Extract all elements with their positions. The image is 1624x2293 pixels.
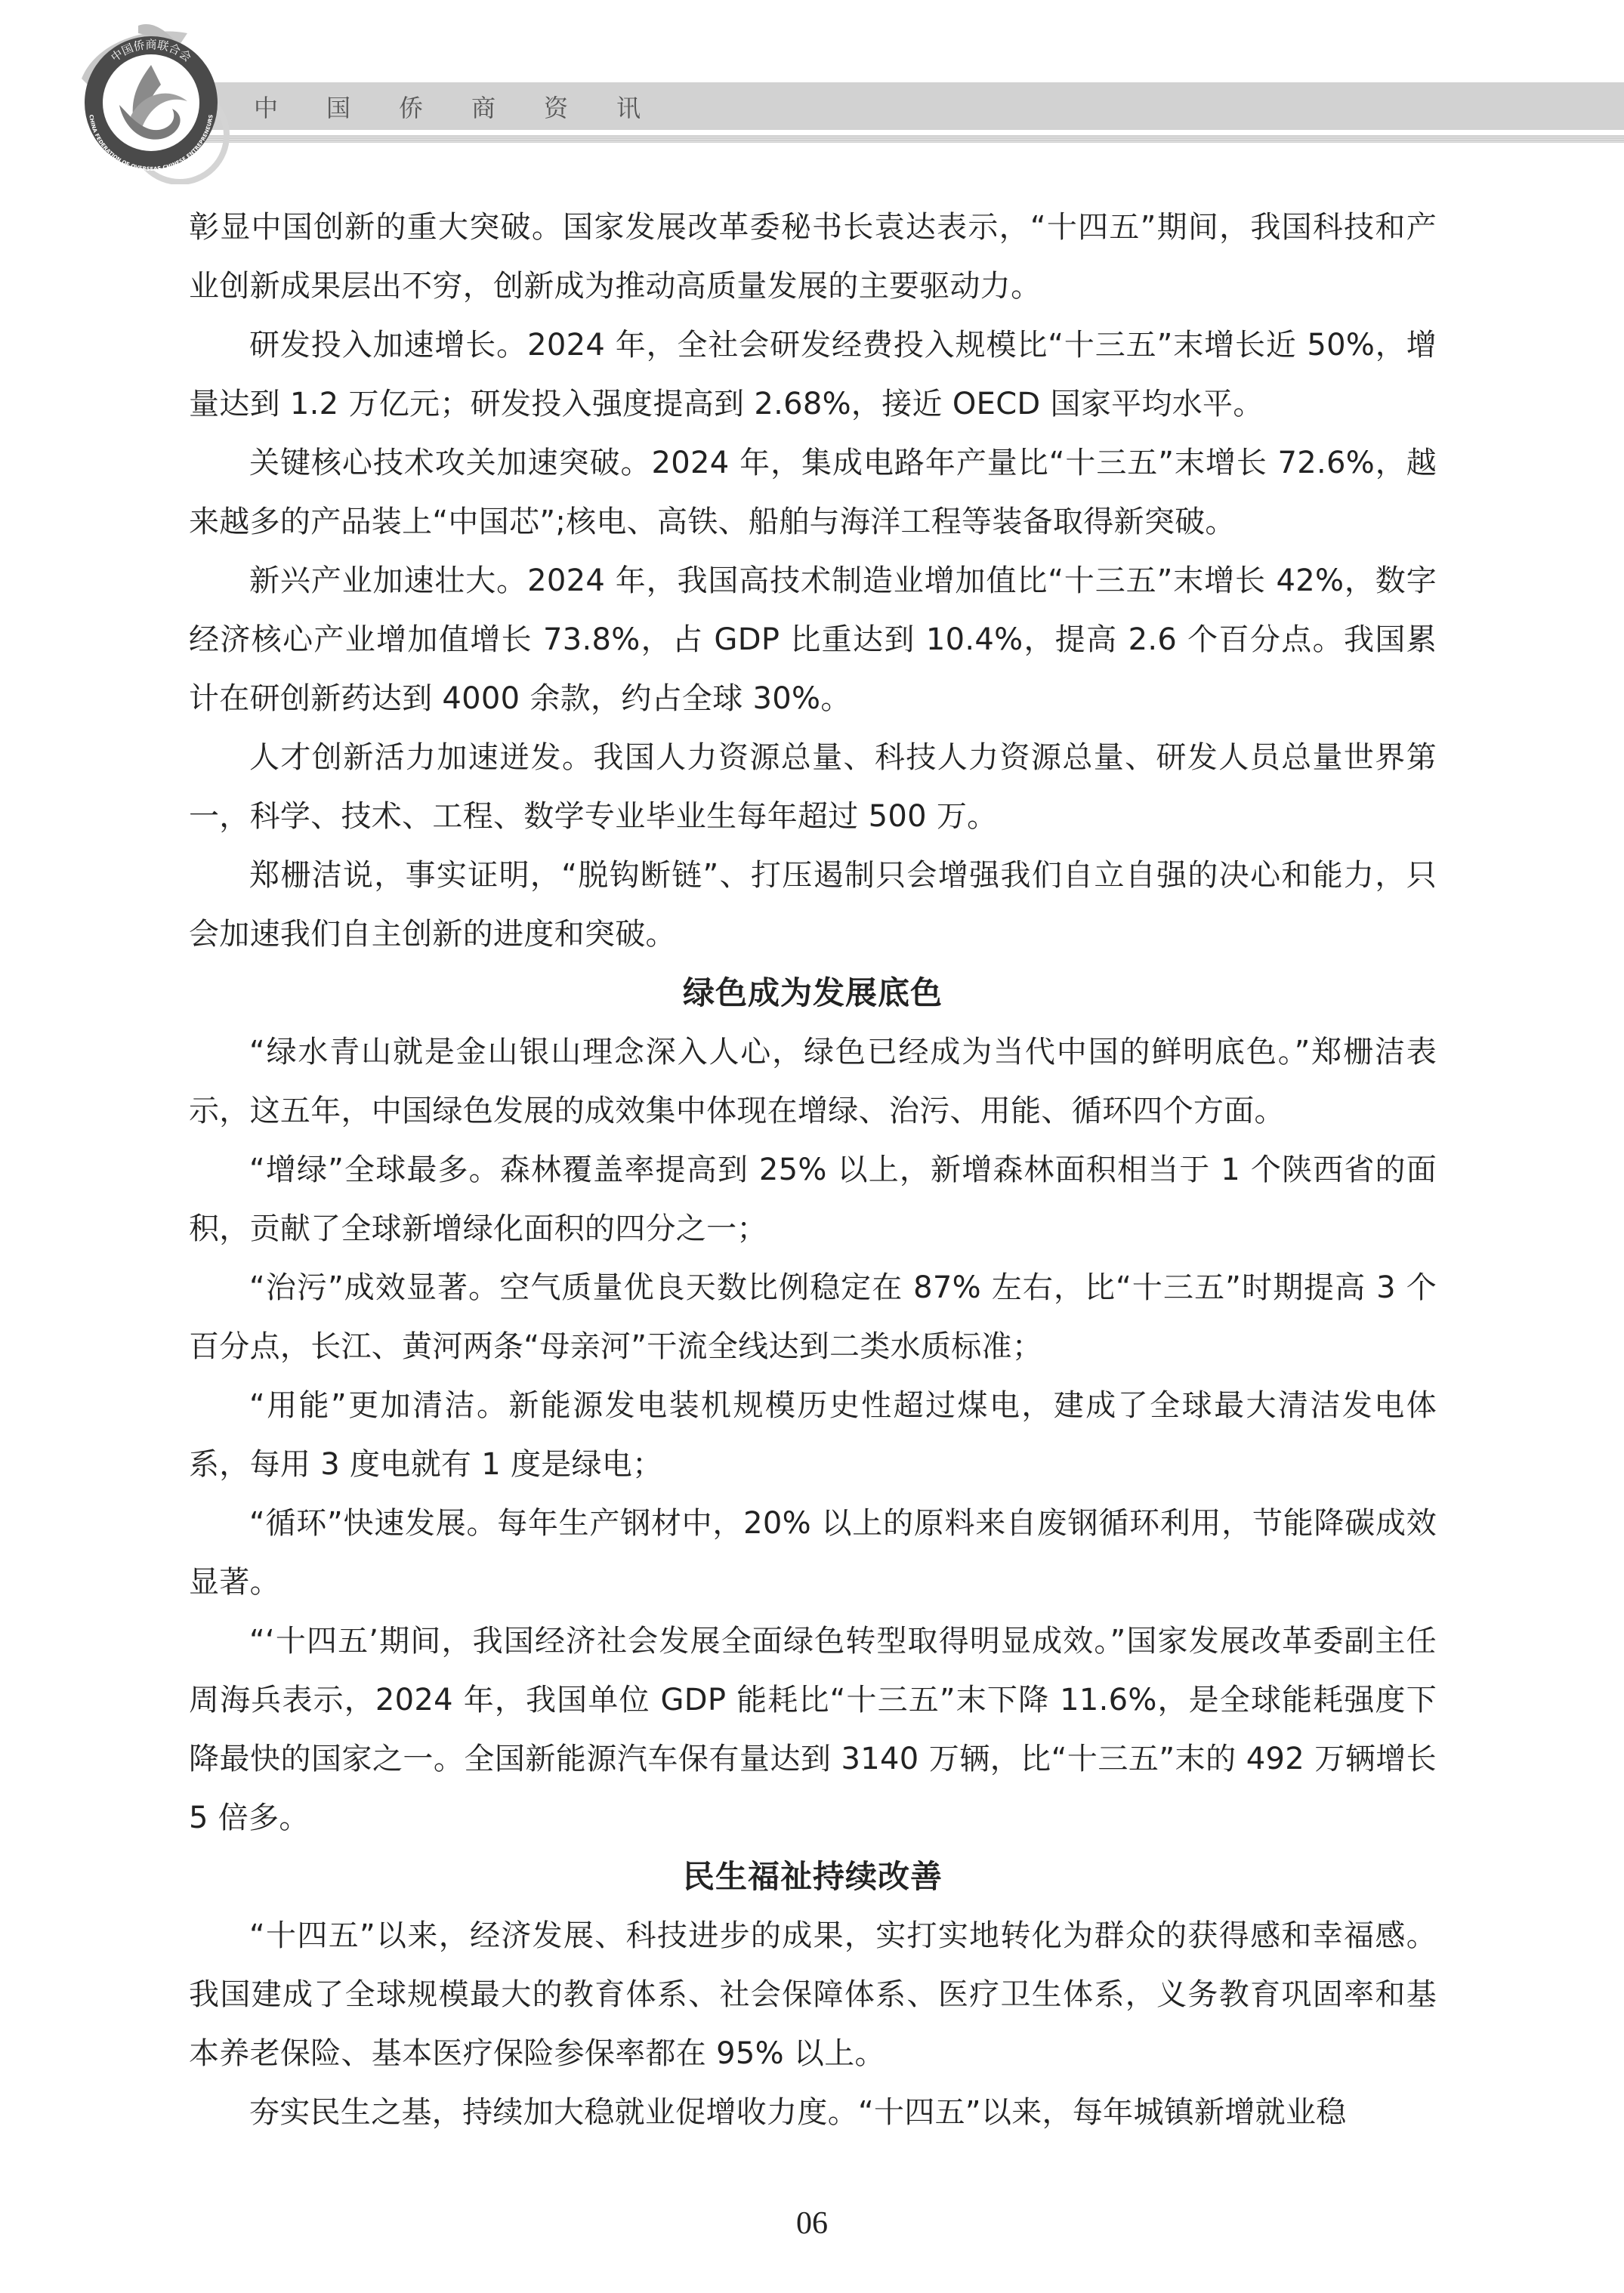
publication-title-char: 商 bbox=[471, 89, 496, 124]
publication-title: 中 国 侨 商 资 讯 bbox=[253, 89, 641, 124]
paragraph: 彰显中国创新的重大突破。国家发展改革委秘书长袁达表示，“十四五”期间，我国科技和… bbox=[189, 198, 1437, 316]
paragraph: “十四五”以来，经济发展、科技进步的成果，实打实地转化为群众的获得感和幸福感。我… bbox=[189, 1906, 1437, 2083]
publication-title-char: 讯 bbox=[616, 89, 641, 124]
paragraph: “‘十四五’期间，我国经济社会发展全面绿色转型取得明显成效。”国家发展改革委副主… bbox=[189, 1612, 1437, 1847]
paragraph: 夯实民生之基，持续加大稳就业促增收力度。“十四五”以来，每年城镇新增就业稳 bbox=[189, 2083, 1437, 2142]
paragraph: 关键核心技术攻关加速突破。2024 年，集成电路年产量比“十三五”末增长 72.… bbox=[189, 434, 1437, 551]
page-number: 06 bbox=[0, 2205, 1624, 2242]
paragraph: 新兴产业加速壮大。2024 年，我国高技术制造业增加值比“十三五”末增长 42%… bbox=[189, 551, 1437, 728]
paragraph: “治污”成效显著。空气质量优良天数比例稳定在 87% 左右，比“十三五”时期提高… bbox=[189, 1258, 1437, 1376]
header-stripe bbox=[166, 135, 1624, 143]
publication-title-char: 侨 bbox=[398, 89, 424, 124]
publication-title-char: 国 bbox=[326, 89, 351, 124]
paragraph: 郑栅洁说，事实证明，“脱钩断链”、打压遏制只会增强我们自立自强的决心和能力，只会… bbox=[189, 846, 1437, 964]
paragraph: “增绿”全球最多。森林覆盖率提高到 25% 以上，新增森林面积相当于 1 个陕西… bbox=[189, 1140, 1437, 1258]
organization-logo-icon: 中国侨商联合会 CHINA FEDERATION OF OVERSEAS CHI… bbox=[66, 11, 248, 184]
paragraph: 研发投入加速增长。2024 年，全社会研发经费投入规模比“十三五”末增长近 50… bbox=[189, 316, 1437, 434]
section-heading-green: 绿色成为发展底色 bbox=[189, 964, 1437, 1023]
paragraph: 人才创新活力加速迸发。我国人力资源总量、科技人力资源总量、研发人员总量世界第一，… bbox=[189, 728, 1437, 846]
paragraph: “绿水青山就是金山银山理念深入人心，绿色已经成为当代中国的鲜明底色。”郑栅洁表示… bbox=[189, 1023, 1437, 1140]
publication-title-char: 资 bbox=[543, 89, 569, 124]
paragraph: “循环”快速发展。每年生产钢材中，20% 以上的原料来自废钢循环利用，节能降碳成… bbox=[189, 1494, 1437, 1612]
section-heading-livelihood: 民生福祉持续改善 bbox=[189, 1847, 1437, 1906]
publication-title-char: 中 bbox=[253, 89, 279, 124]
article-body: 彰显中国创新的重大突破。国家发展改革委秘书长袁达表示，“十四五”期间，我国科技和… bbox=[189, 198, 1437, 2142]
paragraph: “用能”更加清洁。新能源发电装机规模历史性超过煤电，建成了全球最大清洁发电体系，… bbox=[189, 1376, 1437, 1494]
